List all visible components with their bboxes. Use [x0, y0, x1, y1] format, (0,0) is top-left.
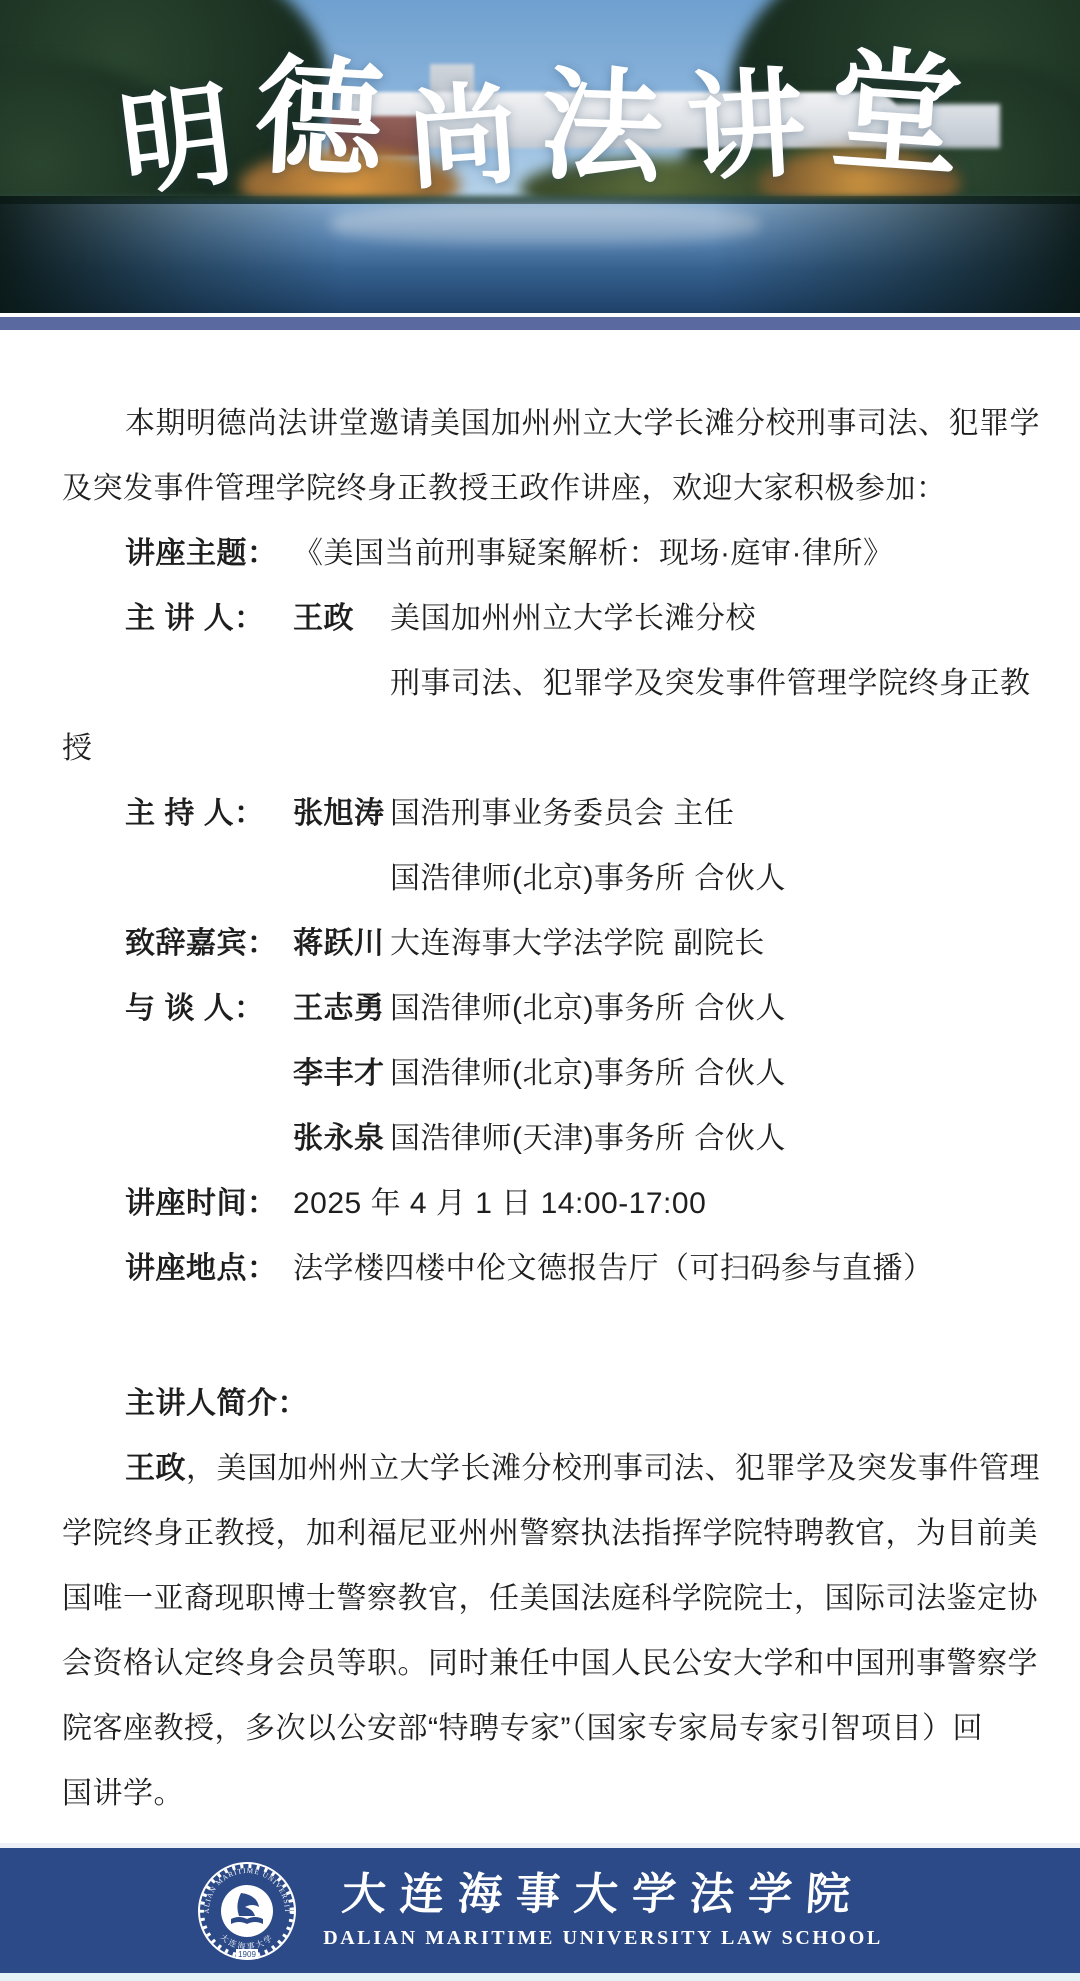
- footer-text-block: 大连海事大学法学院 DALIAN MARITIME UNIVERSITY LAW…: [323, 1871, 883, 1950]
- discussant-name: 王志勇: [293, 983, 390, 1027]
- detail-discussant-3: 张永泉 国浩律师(天津)事务所 合伙人: [62, 1102, 1018, 1167]
- bio-heading: 主讲人简介：: [125, 1378, 308, 1422]
- speaker-affiliation-wrap-2: 授: [62, 712, 1018, 777]
- speaker-bio: 主讲人简介： 王政，美国加州州立大学长滩分校刑事司法、犯罪学及突发事件管理 学院…: [62, 1367, 1018, 1822]
- speaker-affiliation-cont: 刑事司法、犯罪学及突发事件管理学院终身正教: [390, 658, 1031, 702]
- bio-text: ，美国加州州立大学长滩分校刑事司法、犯罪学及突发事件管理: [186, 1443, 1040, 1487]
- discussant-name: 李丰才: [293, 1048, 390, 1092]
- footer: DALIAN MARITIME UNIVERSITY 大连海事大学 1909 大…: [0, 1843, 1080, 1981]
- detail-opening-guest: 致辞嘉宾： 蒋跃川 大连海事大学法学院 副院长: [62, 907, 1018, 972]
- detail-topic: 讲座主题： 《美国当前刑事疑案解析：现场·庭审·律所》: [62, 517, 1018, 582]
- bio-speaker-name: 王政: [125, 1443, 186, 1487]
- discussant-name: 张永泉: [293, 1113, 390, 1157]
- bio-text: 学院终身正教授，加利福尼亚州州警察执法指挥学院特聘教官，为目前美: [62, 1508, 1038, 1552]
- bio-line-6: 国讲学。: [62, 1757, 1018, 1822]
- water-dark-edges: [0, 196, 1080, 313]
- bio-line-3: 国唯一亚裔现职博士警察教官，任美国法庭科学院院士，国际司法鉴定协: [62, 1562, 1018, 1627]
- opening-guest-name: 蒋跃川: [293, 918, 390, 962]
- university-seal-icon: DALIAN MARITIME UNIVERSITY 大连海事大学 1909: [197, 1861, 297, 1961]
- time-label: 讲座时间：: [125, 1178, 293, 1222]
- detail-speaker: 主 讲 人： 王政 美国加州州立大学长滩分校: [62, 582, 1018, 647]
- detail-time: 讲座时间： 2025 年 4 月 1 日 14:00-17:00: [62, 1167, 1018, 1232]
- bio-text: 会资格认定终身会员等职。同时兼任中国人民公安大学和中国刑事警察学: [62, 1638, 1038, 1682]
- footer-band: DALIAN MARITIME UNIVERSITY 大连海事大学 1909 大…: [0, 1848, 1080, 1973]
- host-title-wrap: 国浩律师(北京)事务所 合伙人: [62, 842, 1018, 907]
- bio-text: 国唯一亚裔现职博士警察教官，任美国法庭科学院院士，国际司法鉴定协: [62, 1573, 1038, 1617]
- divider-bar: [0, 313, 1080, 332]
- location-label: 讲座地点：: [125, 1243, 293, 1287]
- host-label: 主 持 人：: [125, 788, 293, 832]
- seal-year-text: 1909: [238, 1950, 256, 1959]
- detail-discussant-1: 与 谈 人： 王志勇 国浩律师(北京)事务所 合伙人: [62, 972, 1018, 1037]
- speaker-name: 王政: [293, 593, 390, 637]
- topic-label: 讲座主题：: [125, 528, 293, 572]
- location-value: 法学楼四楼中伦文德报告厅（可扫码参与直播）: [293, 1243, 934, 1287]
- bio-text: 院客座教授，多次以公安部“特聘专家”（国家专家局专家引智项目）回: [62, 1703, 983, 1747]
- bio-line-5: 院客座教授，多次以公安部“特聘专家”（国家专家局专家引智项目）回: [62, 1692, 1018, 1757]
- hero-photo: 明德尚法讲堂: [0, 0, 1080, 313]
- discussant-label: 与 谈 人：: [125, 983, 293, 1027]
- intro-text: 本期明德尚法讲堂邀请美国加州州立大学长滩分校刑事司法、犯罪学: [125, 398, 1040, 442]
- bio-line-1: 王政，美国加州州立大学长滩分校刑事司法、犯罪学及突发事件管理: [62, 1432, 1018, 1497]
- footer-cn-title: 大连海事大学法学院: [340, 1871, 865, 1919]
- discussant-title: 国浩律师(天津)事务所 合伙人: [390, 1113, 786, 1157]
- footer-bottom-line: [0, 1973, 1080, 1981]
- lecture-poster: 明德尚法讲堂 本期明德尚法讲堂邀请美国加州州立大学长滩分校刑事司法、犯罪学 及突…: [0, 0, 1080, 1981]
- poster-body: 本期明德尚法讲堂邀请美国加州州立大学长滩分校刑事司法、犯罪学 及突发事件管理学院…: [0, 332, 1080, 1822]
- bio-line-2: 学院终身正教授，加利福尼亚州州警察执法指挥学院特聘教官，为目前美: [62, 1497, 1018, 1562]
- topic-value: 《美国当前刑事疑案解析：现场·庭审·律所》: [293, 528, 893, 572]
- time-value: 2025 年 4 月 1 日 14:00-17:00: [293, 1178, 706, 1222]
- detail-host: 主 持 人： 张旭涛 国浩刑事业务委员会 主任: [62, 777, 1018, 842]
- detail-location: 讲座地点： 法学楼四楼中伦文德报告厅（可扫码参与直播）: [62, 1232, 1018, 1297]
- host-title: 国浩刑事业务委员会 主任: [390, 788, 734, 832]
- detail-discussant-2: 李丰才 国浩律师(北京)事务所 合伙人: [62, 1037, 1018, 1102]
- speaker-label: 主 讲 人：: [125, 593, 293, 637]
- discussant-title: 国浩律师(北京)事务所 合伙人: [390, 983, 786, 1027]
- intro-line-1: 本期明德尚法讲堂邀请美国加州州立大学长滩分校刑事司法、犯罪学: [62, 387, 1018, 452]
- host-name: 张旭涛: [293, 788, 390, 832]
- intro-text: 及突发事件管理学院终身正教授王政作讲座，欢迎大家积极参加：: [62, 463, 947, 507]
- bio-line-4: 会资格认定终身会员等职。同时兼任中国人民公安大学和中国刑事警察学: [62, 1627, 1018, 1692]
- bio-text: 国讲学。: [62, 1768, 184, 1812]
- speaker-affiliation-wrap-1: 刑事司法、犯罪学及突发事件管理学院终身正教: [62, 647, 1018, 712]
- discussant-title: 国浩律师(北京)事务所 合伙人: [390, 1048, 786, 1092]
- opening-guest-title: 大连海事大学法学院 副院长: [390, 918, 765, 962]
- speaker-affiliation: 美国加州州立大学长滩分校: [390, 593, 756, 637]
- lecture-series-title: 明德尚法讲堂: [0, 54, 1080, 186]
- speaker-affiliation-cont: 授: [62, 723, 93, 767]
- opening-guest-label: 致辞嘉宾：: [125, 918, 293, 962]
- host-title-cont: 国浩律师(北京)事务所 合伙人: [390, 853, 786, 897]
- intro-line-2: 及突发事件管理学院终身正教授王政作讲座，欢迎大家积极参加：: [62, 452, 1018, 517]
- footer-en-title: DALIAN MARITIME UNIVERSITY LAW SCHOOL: [323, 1927, 883, 1950]
- bio-heading-row: 主讲人简介：: [62, 1367, 1018, 1432]
